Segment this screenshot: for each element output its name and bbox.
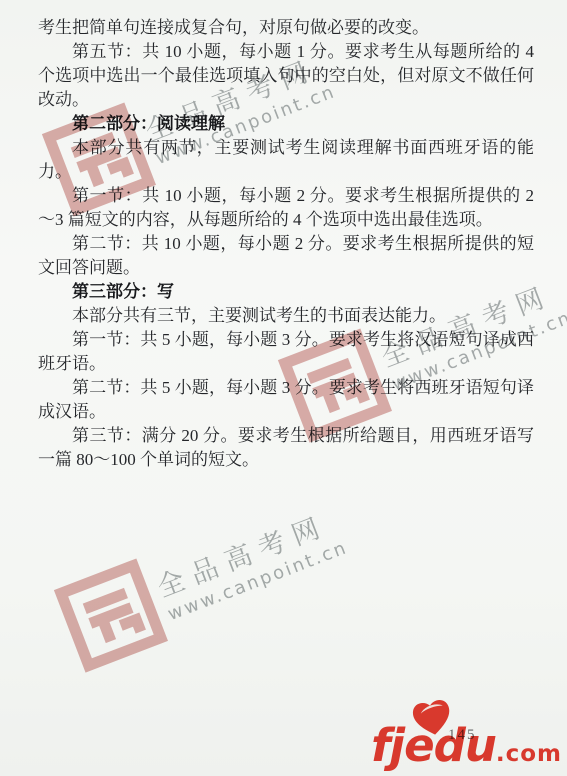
heart-icon	[408, 694, 456, 741]
fjedu-logo-suffix: .com	[496, 743, 562, 766]
watermark-text: 全品高考网 www.canpoint.cn	[150, 499, 350, 624]
paragraph: 本部分共有三节，主要测试考生的书面表达能力。	[38, 304, 534, 328]
section-heading-part2: 第二部分：阅读理解	[38, 112, 534, 136]
document-text-block: 考生把简单句连接成复合句，对原句做必要的改变。 第五节：共 10 小题，每小题 …	[38, 16, 534, 472]
paragraph: 第一节：共 10 小题，每小题 2 分。要求考生根据所提供的 2～3 篇短文的内…	[38, 184, 534, 232]
paragraph: 第二节：共 10 小题，每小题 2 分。要求考生根据所提供的短文回答问题。	[38, 232, 534, 280]
section-heading-part3: 第三部分：写	[38, 280, 534, 304]
canpoint-seal-icon	[51, 554, 171, 677]
paragraph: 第二节：共 5 小题，每小题 3 分。要求考生将西班牙语短句译成汉语。	[38, 376, 534, 424]
paragraph: 考生把简单句连接成复合句，对原句做必要的改变。	[38, 16, 534, 40]
paragraph: 第五节：共 10 小题，每小题 1 分。要求考生从每题所给的 4 个选项中选出一…	[38, 40, 534, 112]
paragraph: 本部分共有两节，主要测试考生阅读理解书面西班牙语的能力。	[38, 136, 534, 184]
paragraph: 第一节：共 5 小题，每小题 3 分。要求考生将汉语短句译成西班牙语。	[38, 328, 534, 376]
watermark-site-name: 全品高考网	[150, 499, 342, 604]
scanned-document-page: 考生把简单句连接成复合句，对原句做必要的改变。 第五节：共 10 小题，每小题 …	[0, 0, 567, 776]
canpoint-watermark-bottom: 全品高考网 www.canpoint.cn	[51, 483, 357, 677]
fjedu-logo: fjedu .com	[371, 723, 562, 768]
watermark-site-url: www.canpoint.cn	[165, 537, 351, 625]
paragraph: 第三节：满分 20 分。要求考生根据所给题目，用西班牙语写一篇 80～100 个…	[38, 424, 534, 472]
